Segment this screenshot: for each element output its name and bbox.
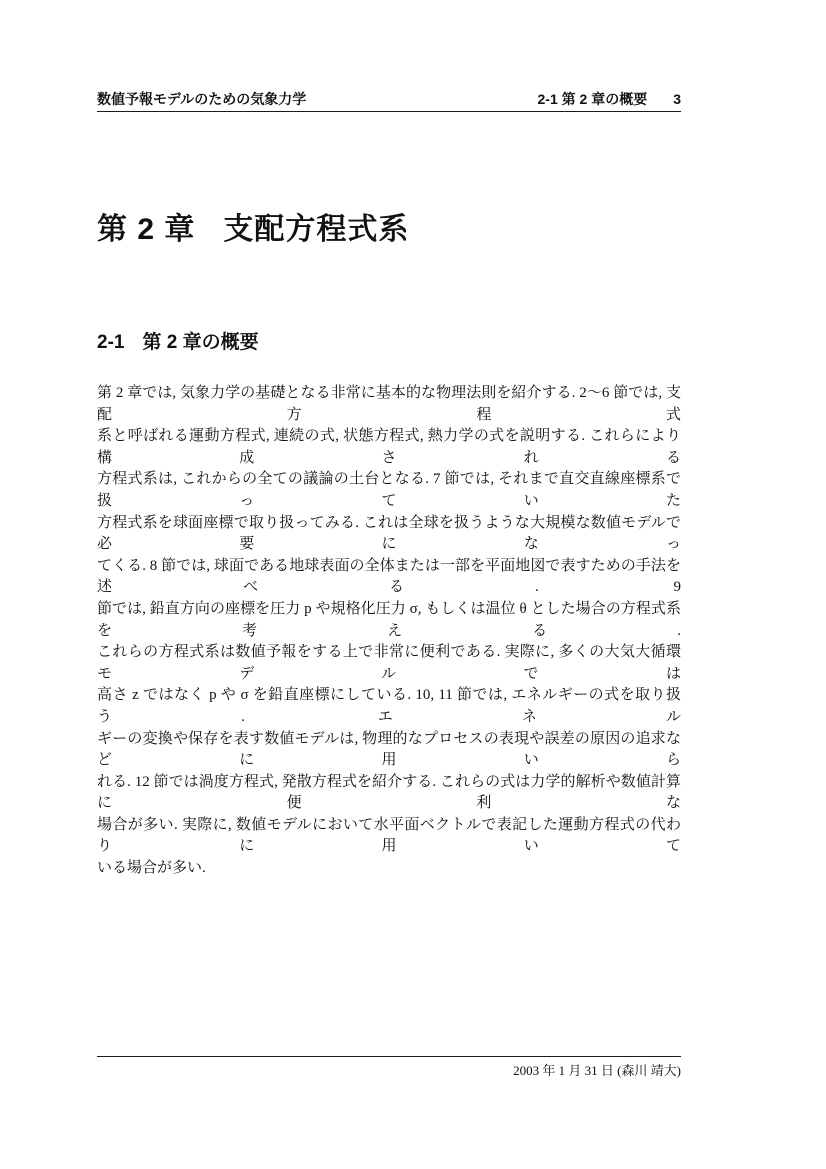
body-line: 方程式系は, これからの全ての議論の土台となる. 7 節では, それまで直交直線… xyxy=(97,469,681,512)
body-line: れる. 12 節では渦度方程式, 発散方程式を紹介する. これらの式は力学的解析… xyxy=(97,772,681,815)
document-page: 数値予報モデルのための気象力学 2-1 第 2 章の概要 3 第 2 章 支配方… xyxy=(0,0,826,1169)
footer-date-author: 2003 年 1 月 31 日 (森川 靖大) xyxy=(513,1063,681,1078)
body-line: 方程式系を球面座標で取り扱ってみる. これは全球を扱うような大規模な数値モデルで… xyxy=(97,513,681,556)
body-line: てくる. 8 節では, 球面である地球表面の全体または一部を平面地図で表すための… xyxy=(97,556,681,599)
header-section-ref: 2-1 第 2 章の概要 xyxy=(538,90,648,108)
section-body-paragraph: 第 2 章では, 気象力学の基礎となる非常に基本的な物理法則を紹介する. 2～6… xyxy=(97,383,681,880)
header-document-title: 数値予報モデルのための気象力学 xyxy=(97,90,306,108)
body-line: 第 2 章では, 気象力学の基礎となる非常に基本的な物理法則を紹介する. 2～6… xyxy=(97,383,681,426)
body-line: いる場合が多い. xyxy=(97,858,681,880)
header-rule xyxy=(97,111,681,112)
section-title: 第 2 章の概要 xyxy=(142,330,258,355)
page-footer: 2003 年 1 月 31 日 (森川 靖大) xyxy=(97,1062,681,1080)
running-header: 数値予報モデルのための気象力学 2-1 第 2 章の概要 3 xyxy=(97,90,681,108)
header-right-group: 2-1 第 2 章の概要 3 xyxy=(538,90,682,108)
chapter-number: 第 2 章 xyxy=(97,211,195,249)
section-number: 2-1 xyxy=(97,330,124,355)
header-page-number: 3 xyxy=(673,90,681,108)
section-heading: 2-1 第 2 章の概要 xyxy=(97,330,681,355)
body-line: 系と呼ばれる運動方程式, 連続の式, 状態方程式, 熱力学の式を説明する. これ… xyxy=(97,426,681,469)
body-line: ギーの変換や保存を表す数値モデルは, 物理的なプロセスの表現や誤差の原因の追求な… xyxy=(97,729,681,772)
chapter-heading: 第 2 章 支配方程式系 xyxy=(97,211,681,249)
body-line: 節では, 鉛直方向の座標を圧力 p や規格化圧力 σ, もしくは温位 θ とした… xyxy=(97,599,681,642)
body-line: 場合が多い. 実際に, 数値モデルにおいて水平面ベクトルで表記した運動方程式の代… xyxy=(97,815,681,858)
body-line: 高さ z ではなく p や σ を鉛直座標にしている. 10, 11 節では, … xyxy=(97,685,681,728)
footer-rule xyxy=(97,1056,681,1057)
chapter-title: 支配方程式系 xyxy=(223,211,409,249)
body-line: これらの方程式系は数値予報をする上で非常に便利である. 実際に, 多くの大気大循… xyxy=(97,642,681,685)
